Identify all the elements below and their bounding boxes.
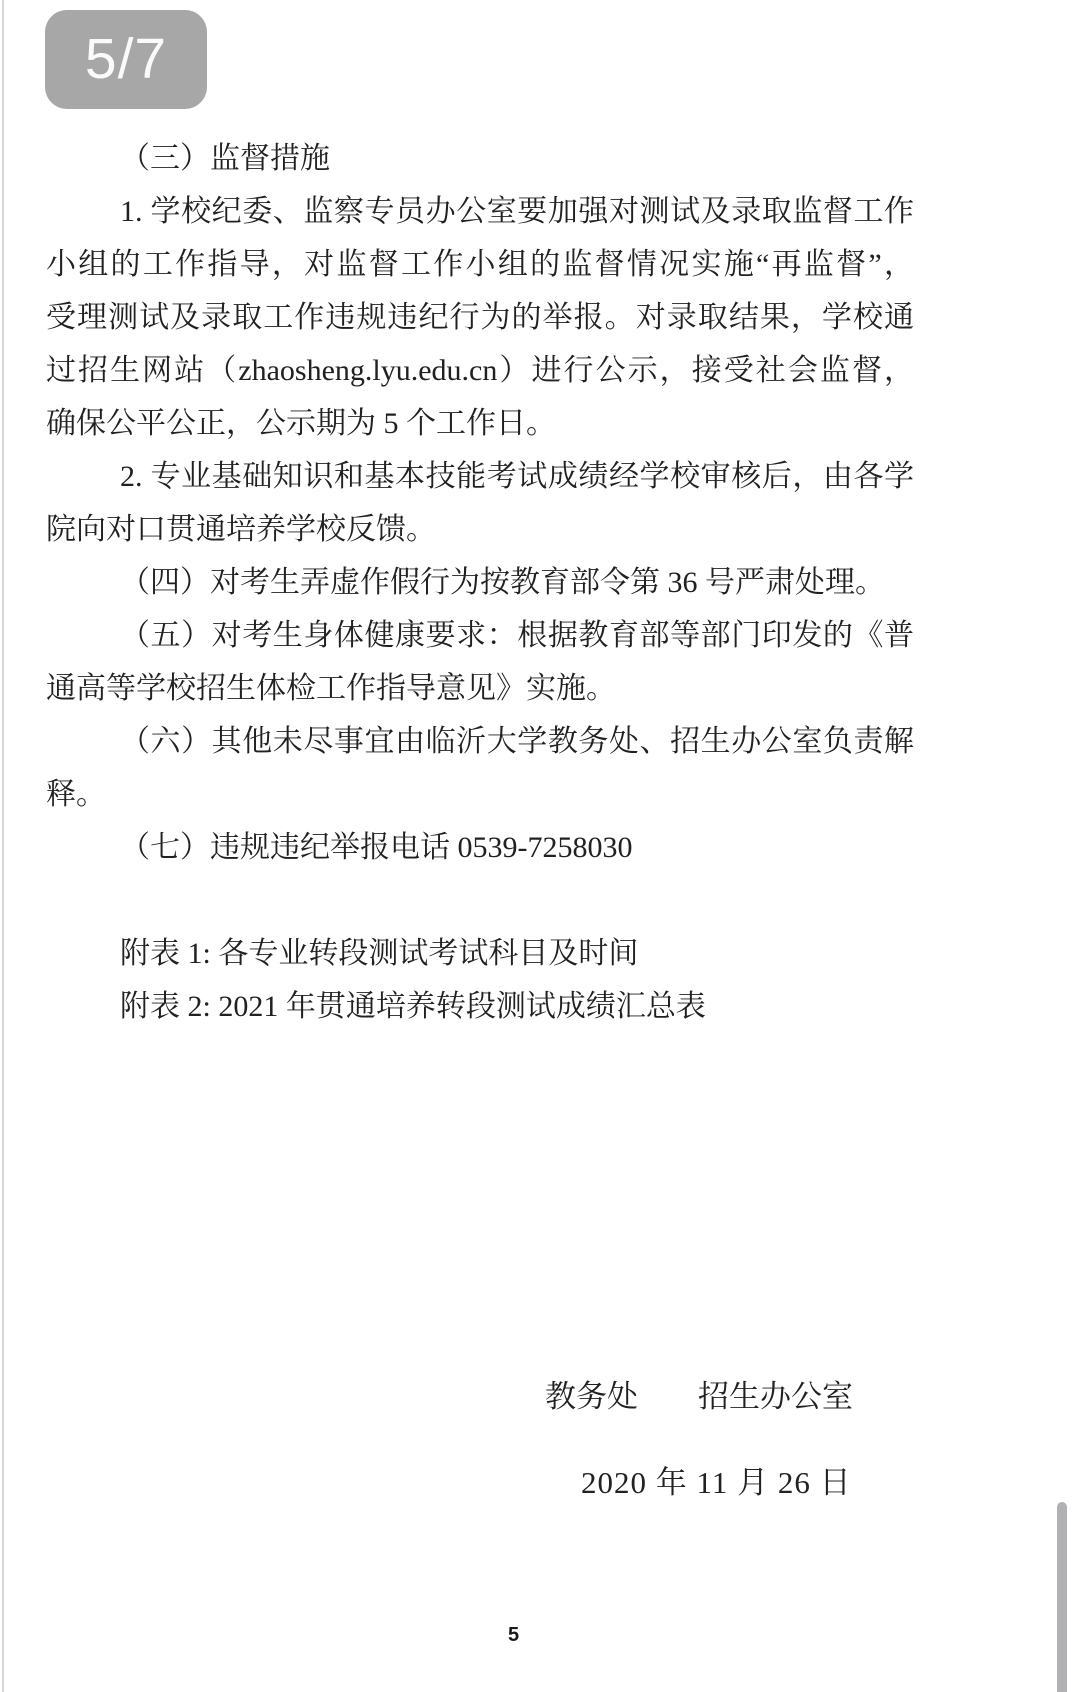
document-viewer: 5/7 （三）监督措施1. 学校纪委、监察专员办公室要加强对测试及录取监督工作小… (0, 0, 1080, 1692)
document-line: （五）对考生身体健康要求：根据教育部等部门印发的《普 (46, 609, 914, 662)
footer-page-number: 5 (508, 1624, 519, 1647)
signature-date: 2020 年 11 月 26 日 (581, 1460, 852, 1506)
document-body: （三）监督措施1. 学校纪委、监察专员办公室要加强对测试及录取监督工作小组的工作… (46, 132, 914, 1033)
document-line: 释。 (46, 768, 914, 821)
document-line: 附表 2: 2021 年贯通培养转段测试成绩汇总表 (46, 980, 914, 1033)
signature-line: 教务处招生办公室 (545, 1374, 853, 1420)
blank-line (46, 874, 914, 927)
document-line: 院向对口贯通培养学校反馈。 (46, 503, 914, 556)
page-indicator-badge: 5/7 (45, 10, 207, 109)
document-line: 通高等学校招生体检工作指导意见》实施。 (46, 662, 914, 715)
document-line: （四）对考生弄虚作假行为按教育部令第 36 号严肃处理。 (46, 556, 914, 609)
document-line: 确保公平公正，公示期为 5 个工作日。 (46, 397, 914, 450)
document-line: 受理测试及录取工作违规违纪行为的举报。对录取结果，学校通 (46, 291, 914, 344)
document-line: 小组的工作指导，对监督工作小组的监督情况实施“再监督”， (46, 238, 914, 291)
page-indicator-label: 5/7 (85, 31, 167, 88)
scrollbar-thumb[interactable] (1057, 1502, 1067, 1692)
document-line: 2. 专业基础知识和基本技能考试成绩经学校审核后，由各学 (46, 450, 914, 503)
document-line: 附表 1: 各专业转段测试考试科目及时间 (46, 927, 914, 980)
page-edge-line (2, 0, 4, 1692)
document-page: （三）监督措施1. 学校纪委、监察专员办公室要加强对测试及录取监督工作小组的工作… (46, 132, 914, 1033)
document-line: 过招生网站（zhaosheng.lyu.edu.cn）进行公示，接受社会监督， (46, 344, 914, 397)
signature-dept-1: 教务处 (545, 1379, 638, 1414)
signature-dept-2: 招生办公室 (698, 1379, 853, 1414)
document-line: （三）监督措施 (46, 132, 914, 185)
document-line: （六）其他未尽事宜由临沂大学教务处、招生办公室负责解 (46, 715, 914, 768)
document-line: （七）违规违纪举报电话 0539-7258030 (46, 821, 914, 874)
document-line: 1. 学校纪委、监察专员办公室要加强对测试及录取监督工作 (46, 185, 914, 238)
